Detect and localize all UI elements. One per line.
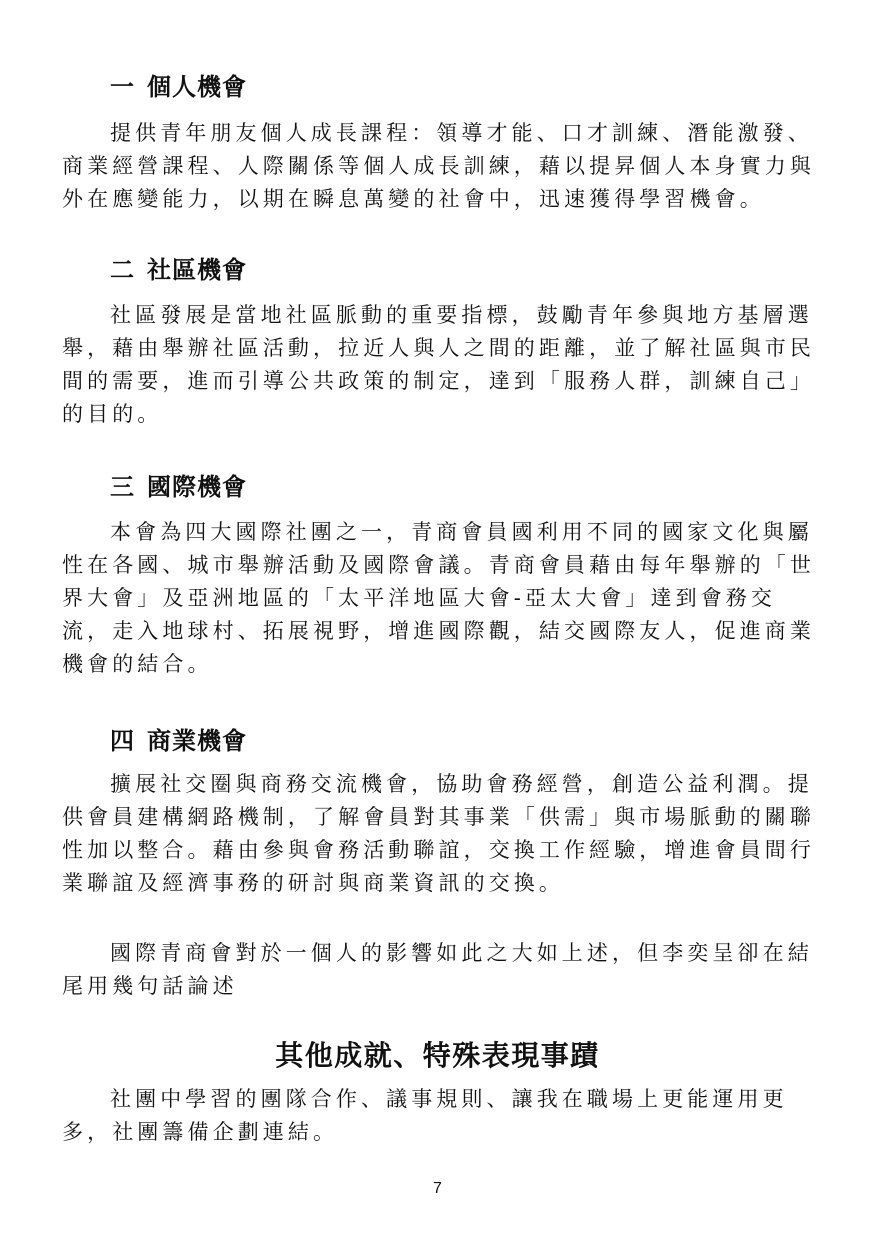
section-title: 個人機會 bbox=[147, 73, 247, 101]
section-number: 三 bbox=[110, 472, 135, 502]
section-title: 國際機會 bbox=[147, 473, 247, 501]
body-line: 機會的結合。 bbox=[62, 648, 822, 681]
body-line: 尾用幾句話論述 bbox=[62, 970, 822, 1003]
body-line: 本會為四大國際社團之一，青商會員國利用不同的國家文化與屬 bbox=[62, 516, 822, 549]
page-number: 7 bbox=[0, 1180, 875, 1198]
section-heading-personal: 一個人機會 bbox=[110, 72, 247, 102]
section-number: 二 bbox=[110, 255, 135, 285]
body-line: 多，社團籌備企劃連結。 bbox=[62, 1116, 822, 1149]
body-line: 商業經營課程、人際關係等個人成長訓練，藉以提昇個人本身實力與 bbox=[62, 150, 822, 183]
body-line: 性在各國、城市舉辦活動及國際會議。青商會員藉由每年舉辦的「世 bbox=[62, 549, 822, 582]
section-number: 四 bbox=[110, 726, 135, 756]
body-line: 界大會」及亞洲地區的「太平洋地區大會-亞太大會」達到會務交 bbox=[62, 582, 822, 615]
body-line: 擴展社交圈與商務交流機會，協助會務經營，創造公益利潤。提 bbox=[62, 768, 822, 801]
body-line: 供會員建構網路機制，了解會員對其事業「供需」與市場脈動的關聯 bbox=[62, 801, 822, 834]
body-line: 流，走入地球村、拓展視野，增進國際觀，結交國際友人，促進商業 bbox=[62, 615, 822, 648]
body-line: 外在應變能力，以期在瞬息萬變的社會中，迅速獲得學習機會。 bbox=[62, 183, 822, 216]
body-line: 舉，藉由舉辦社區活動，拉近人與人之間的距離，並了解社區與市民 bbox=[62, 332, 822, 365]
section-heading-community: 二社區機會 bbox=[110, 255, 247, 285]
body-line: 的目的。 bbox=[62, 398, 822, 431]
body-line: 社區發展是當地社區脈動的重要指標，鼓勵青年參與地方基層選 bbox=[62, 299, 822, 332]
section-body-community: 社區發展是當地社區脈動的重要指標，鼓勵青年參與地方基層選 舉，藉由舉辦社區活動，… bbox=[62, 299, 822, 431]
body-line: 社團中學習的團隊合作、議事規則、讓我在職場上更能運用更 bbox=[62, 1083, 822, 1116]
body-line: 間的需要，進而引導公共政策的制定，達到「服務人群，訓練自己」 bbox=[62, 365, 822, 398]
body-line: 提供青年朋友個人成長課程：領導才能、口才訓練、潛能激發、 bbox=[62, 117, 822, 150]
section-body-personal: 提供青年朋友個人成長課程：領導才能、口才訓練、潛能激發、 商業經營課程、人際關係… bbox=[62, 117, 822, 216]
section-title: 社區機會 bbox=[147, 256, 247, 284]
summary-paragraph: 國際青商會對於一個人的影響如此之大如上述，但李奕呈卻在結 尾用幾句話論述 bbox=[62, 937, 822, 1003]
section-number: 一 bbox=[110, 72, 135, 102]
section-body-international: 本會為四大國際社團之一，青商會員國利用不同的國家文化與屬 性在各國、城市舉辦活動… bbox=[62, 516, 822, 681]
section-heading-international: 三國際機會 bbox=[110, 472, 247, 502]
body-line: 性加以整合。藉由參與會務活動聯誼，交換工作經驗，增進會員間行 bbox=[62, 834, 822, 867]
other-achievements-title: 其他成就、特殊表現事蹟 bbox=[0, 1036, 875, 1076]
section-body-business: 擴展社交圈與商務交流機會，協助會務經營，創造公益利潤。提 供會員建構網路機制，了… bbox=[62, 768, 822, 900]
other-achievements-body: 社團中學習的團隊合作、議事規則、讓我在職場上更能運用更 多，社團籌備企劃連結。 bbox=[62, 1083, 822, 1149]
body-line: 國際青商會對於一個人的影響如此之大如上述，但李奕呈卻在結 bbox=[62, 937, 822, 970]
section-title: 商業機會 bbox=[147, 727, 247, 755]
section-heading-business: 四商業機會 bbox=[110, 726, 247, 756]
body-line: 業聯誼及經濟事務的研討與商業資訊的交換。 bbox=[62, 867, 822, 900]
document-page: 一個人機會 提供青年朋友個人成長課程：領導才能、口才訓練、潛能激發、 商業經營課… bbox=[0, 0, 875, 1240]
